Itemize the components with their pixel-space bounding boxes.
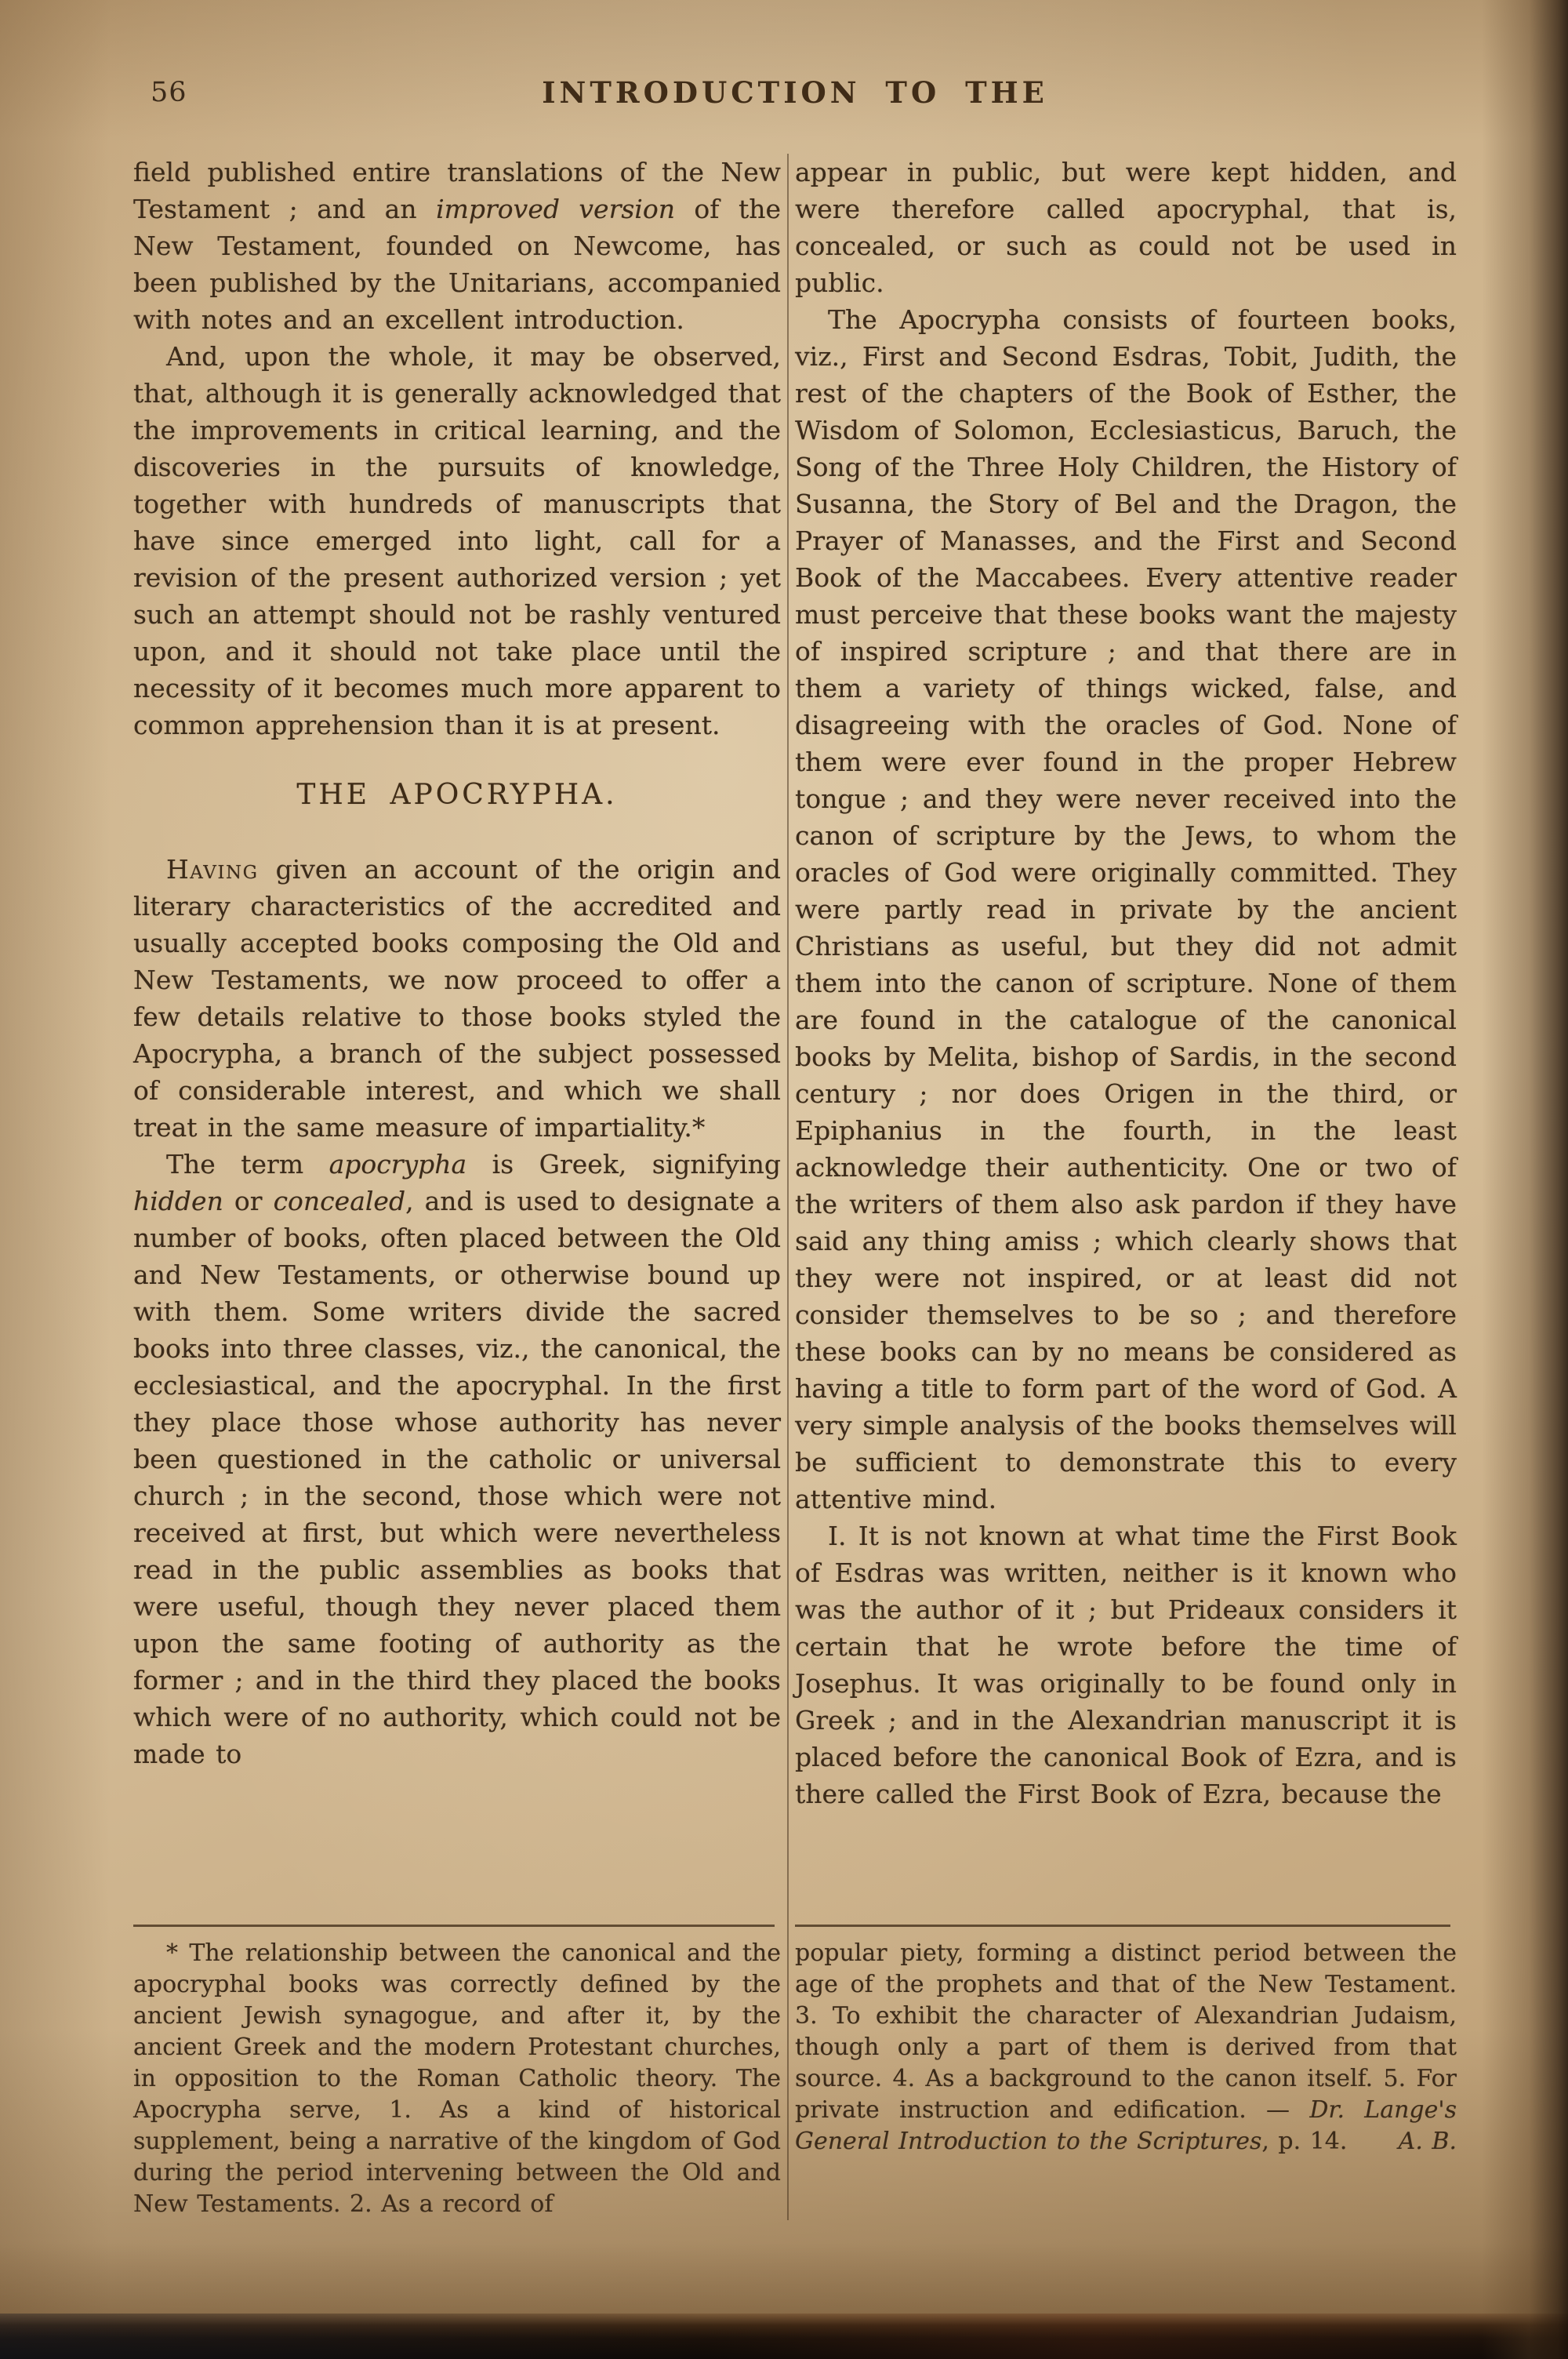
text-run: concealed [274,1186,406,1216]
paragraph: appear in public, but were kept hidden, … [795,154,1457,301]
paragraph: * The relationship between the canonical… [133,1938,781,2220]
section-heading: THE APOCRYPHA. [133,776,781,813]
text-run: I. It is not known at what time the Firs… [795,1521,1457,1809]
text-run: , p. 14. [1261,2128,1347,2155]
right-column-footnote: popular piety, forming a distinct period… [795,1938,1457,2157]
paragraph: And, upon the whole, it may be observed,… [133,338,781,743]
text-run: hidden [133,1186,223,1216]
book-page: 56 INTRODUCTION TO THE field published e… [0,0,1568,2220]
text-run: The Apocrypha consists of fourteen books… [795,304,1457,1514]
text-run: A. B. [1399,2128,1457,2155]
text-run: * The relationship between the canonical… [133,1939,781,2218]
text-run: is Greek, signifying [466,1149,781,1179]
text-run: The term [166,1149,329,1179]
text-run: given an account of the origin and liter… [133,854,781,1143]
left-column-footnote: * The relationship between the canonical… [133,1938,781,2220]
left-column: field published entire translations of t… [133,154,781,2220]
text-run: , and is used to designate a number of b… [133,1186,781,1769]
column-divider [787,154,789,2220]
right-column-body: appear in public, but were kept hidden, … [795,154,1457,1920]
page-header: 56 INTRODUCTION TO THE [133,75,1457,154]
text-block: field published entire translations of t… [133,154,1457,2220]
text-run: apocrypha [329,1149,467,1179]
text-run: And, upon the whole, it may be observed,… [133,341,781,740]
paragraph: popular piety, forming a distinct period… [795,1938,1457,2157]
page-bottom-edge [0,2314,1568,2359]
text-run: or [223,1186,274,1216]
footnote-rule [133,1925,775,1927]
paragraph: The Apocrypha consists of fourteen books… [795,301,1457,1518]
text-run: improved version [436,194,675,224]
running-title: INTRODUCTION TO THE [133,75,1457,110]
paragraph: The term apocrypha is Greek, signifying … [133,1146,781,1772]
book-page-photo: 56 INTRODUCTION TO THE field published e… [0,0,1568,2359]
right-column: appear in public, but were kept hidden, … [795,154,1457,2220]
footnote-rule [795,1925,1450,1927]
text-run: Having [166,854,258,885]
page-bottom-shading [0,2243,1568,2314]
left-column-body: field published entire translations of t… [133,154,781,1920]
paragraph: field published entire translations of t… [133,154,781,338]
paragraph: Having given an account of the origin an… [133,851,781,1146]
text-run: THE APOCRYPHA. [296,779,617,811]
text-run: appear in public, but were kept hidden, … [795,157,1457,298]
paragraph: I. It is not known at what time the Firs… [795,1518,1457,1812]
